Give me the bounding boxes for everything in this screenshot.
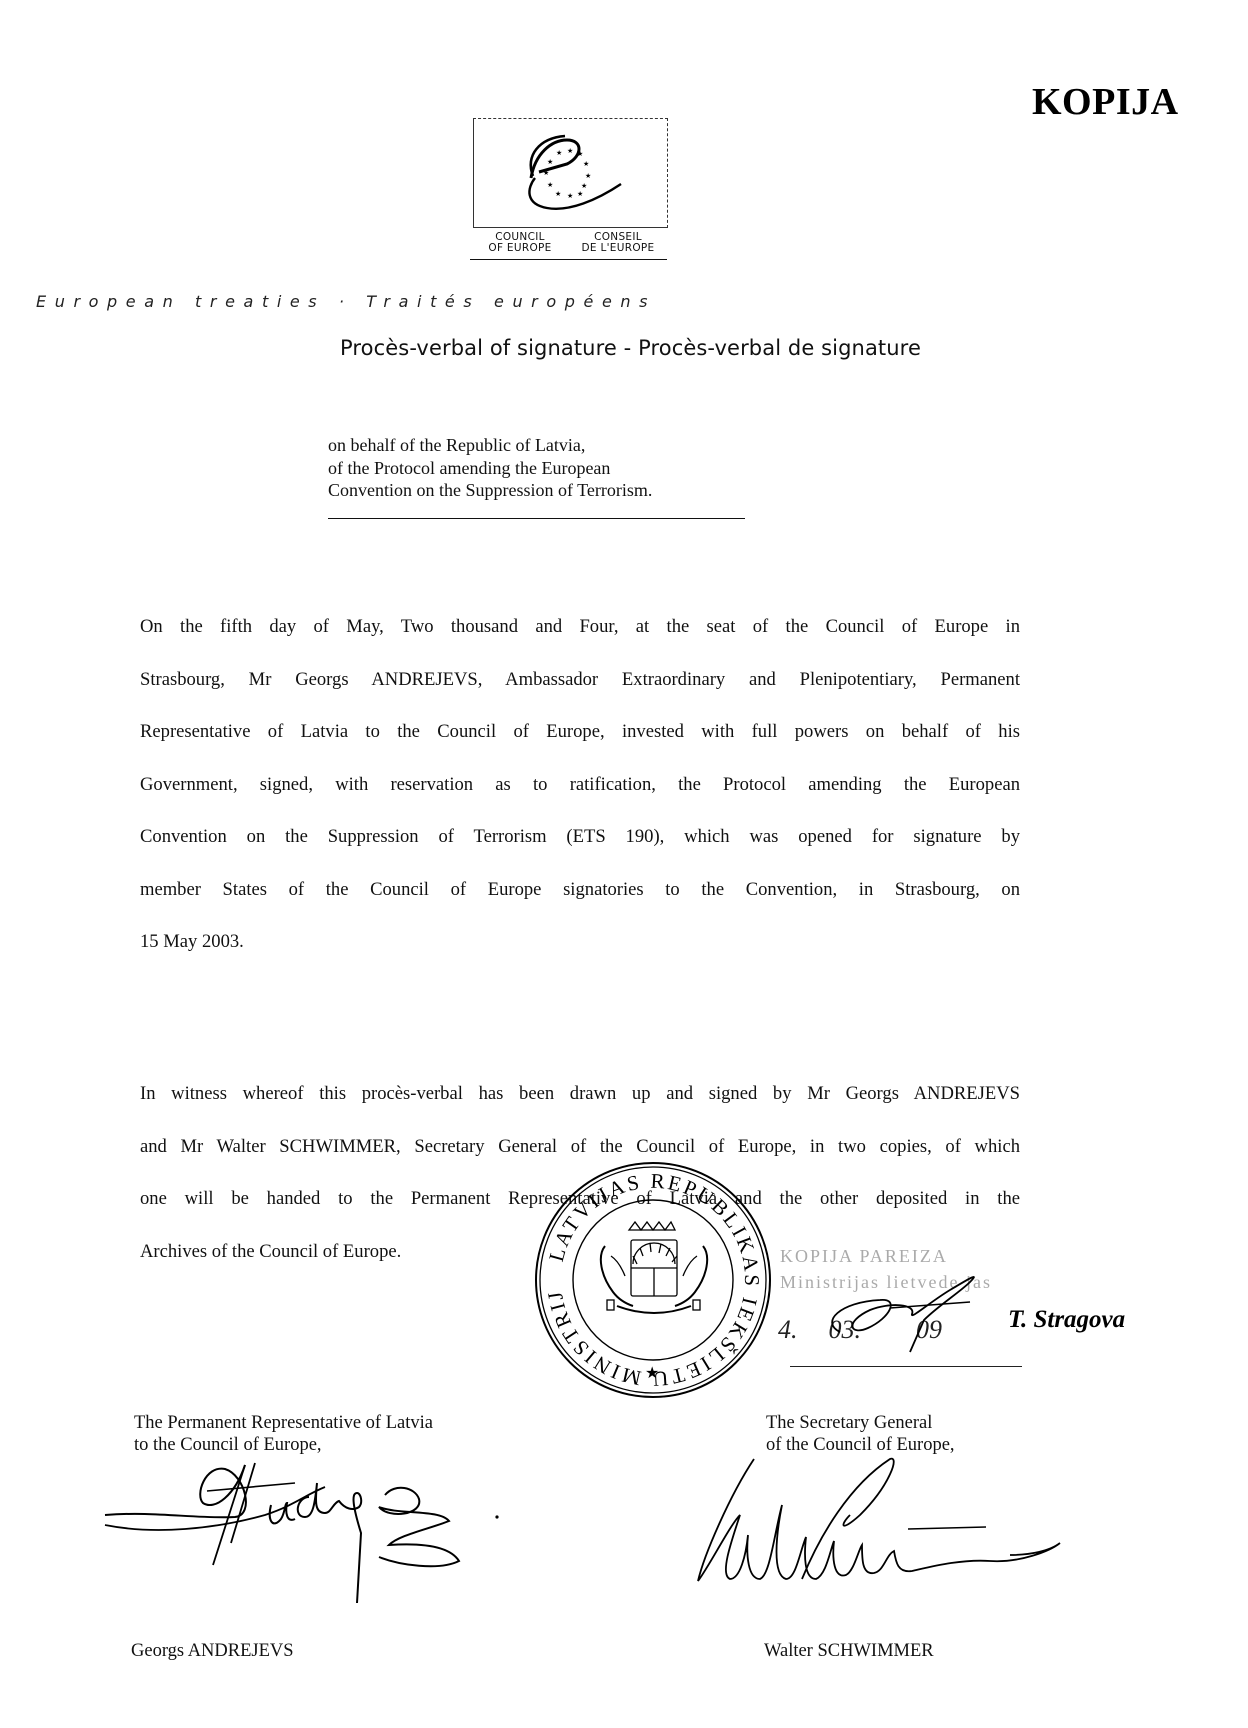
intro-line: of the Protocol amending the European [328, 457, 652, 480]
right-signatory-name: Walter SCHWIMMER [764, 1641, 934, 1662]
schwimmer-signature-icon [690, 1455, 1090, 1605]
paragraph-line: Representative of Latvia to the Council … [140, 721, 1020, 774]
paragraph-line: member States of the Council of Europe s… [140, 879, 1020, 932]
role-line: The Permanent Representative of Latvia [134, 1412, 433, 1434]
svg-text:★: ★ [583, 160, 589, 168]
logo-caption-line: OF EUROPE [480, 243, 560, 254]
role-line: of the Council of Europe, [766, 1434, 955, 1456]
svg-text:★: ★ [556, 149, 562, 157]
coat-of-arms-icon [601, 1222, 707, 1313]
logo-underline [470, 259, 667, 260]
svg-text:★: ★ [555, 190, 561, 198]
certification-underline [790, 1366, 1022, 1367]
svg-text:★: ★ [581, 182, 587, 190]
certifier-signature-icon [820, 1262, 1000, 1362]
paragraph-line: Strasbourg, Mr Georgs ANDREJEVS, Ambassa… [140, 669, 1020, 722]
right-signatory-role: The Secretary General of the Council of … [766, 1412, 955, 1456]
svg-text:★: ★ [547, 158, 553, 166]
role-line: to the Council of Europe, [134, 1434, 433, 1456]
left-signatory-role: The Permanent Representative of Latvia t… [134, 1412, 433, 1456]
svg-text:★: ★ [577, 190, 583, 198]
council-of-europe-logo-icon: ★★★ ★★ ★★ ★★ ★★★ [473, 118, 668, 228]
paragraph-line: Convention on the Suppression of Terrori… [140, 826, 1020, 879]
logo-caption-line: DE L'EUROPE [571, 243, 665, 254]
svg-text:★: ★ [567, 192, 573, 200]
svg-text:★: ★ [577, 150, 583, 158]
certification-day: 4. [778, 1315, 798, 1344]
logo-caption-english: COUNCIL OF EUROPE [480, 232, 560, 254]
andrejevs-signature-icon [95, 1455, 525, 1615]
paragraph-line: In witness whereof this procès-verbal ha… [140, 1083, 1020, 1136]
paragraph-line: 15 May 2003. [140, 931, 1020, 984]
left-signatory-name: Georgs ANDREJEVS [131, 1641, 294, 1662]
svg-text:★: ★ [543, 169, 549, 177]
treaty-series-heading: European treaties · Traités européens [36, 292, 656, 311]
intro-line: Convention on the Suppression of Terrori… [328, 479, 652, 502]
document-title: Procès-verbal of signature - Procès-verb… [340, 336, 921, 360]
paragraph-line: On the fifth day of May, Two thousand an… [140, 616, 1020, 669]
intro-block: on behalf of the Republic of Latvia, of … [328, 434, 652, 502]
svg-text:LATVIJAS REPUBLIKAS IEKŠLIETU: LATVIJAS REPUBLIKAS IEKŠLIETU MINISTRIJA [533, 1160, 764, 1391]
role-line: The Secretary General [766, 1412, 955, 1434]
svg-text:★: ★ [567, 147, 573, 155]
copy-stamp-label: KOPIJA [1032, 80, 1179, 124]
svg-text:★: ★ [645, 1363, 659, 1382]
svg-text:★: ★ [585, 172, 591, 180]
ministry-seal-icon: LATVIJAS REPUBLIKAS IEKŠLIETU MINISTRIJA… [533, 1160, 773, 1400]
intro-line: on behalf of the Republic of Latvia, [328, 434, 652, 457]
seal-ring-text: LATVIJAS REPUBLIKAS IEKŠLIETU MINISTRIJA [533, 1160, 764, 1391]
svg-text:★: ★ [547, 181, 553, 189]
paragraph-line: Government, signed, with reservation as … [140, 774, 1020, 827]
intro-divider [328, 518, 745, 519]
logo-caption-french: CONSEIL DE L'EUROPE [571, 232, 665, 254]
signature-statement-paragraph: On the fifth day of May, Two thousand an… [140, 616, 1020, 984]
certifier-name: T. Stragova [1008, 1306, 1125, 1334]
